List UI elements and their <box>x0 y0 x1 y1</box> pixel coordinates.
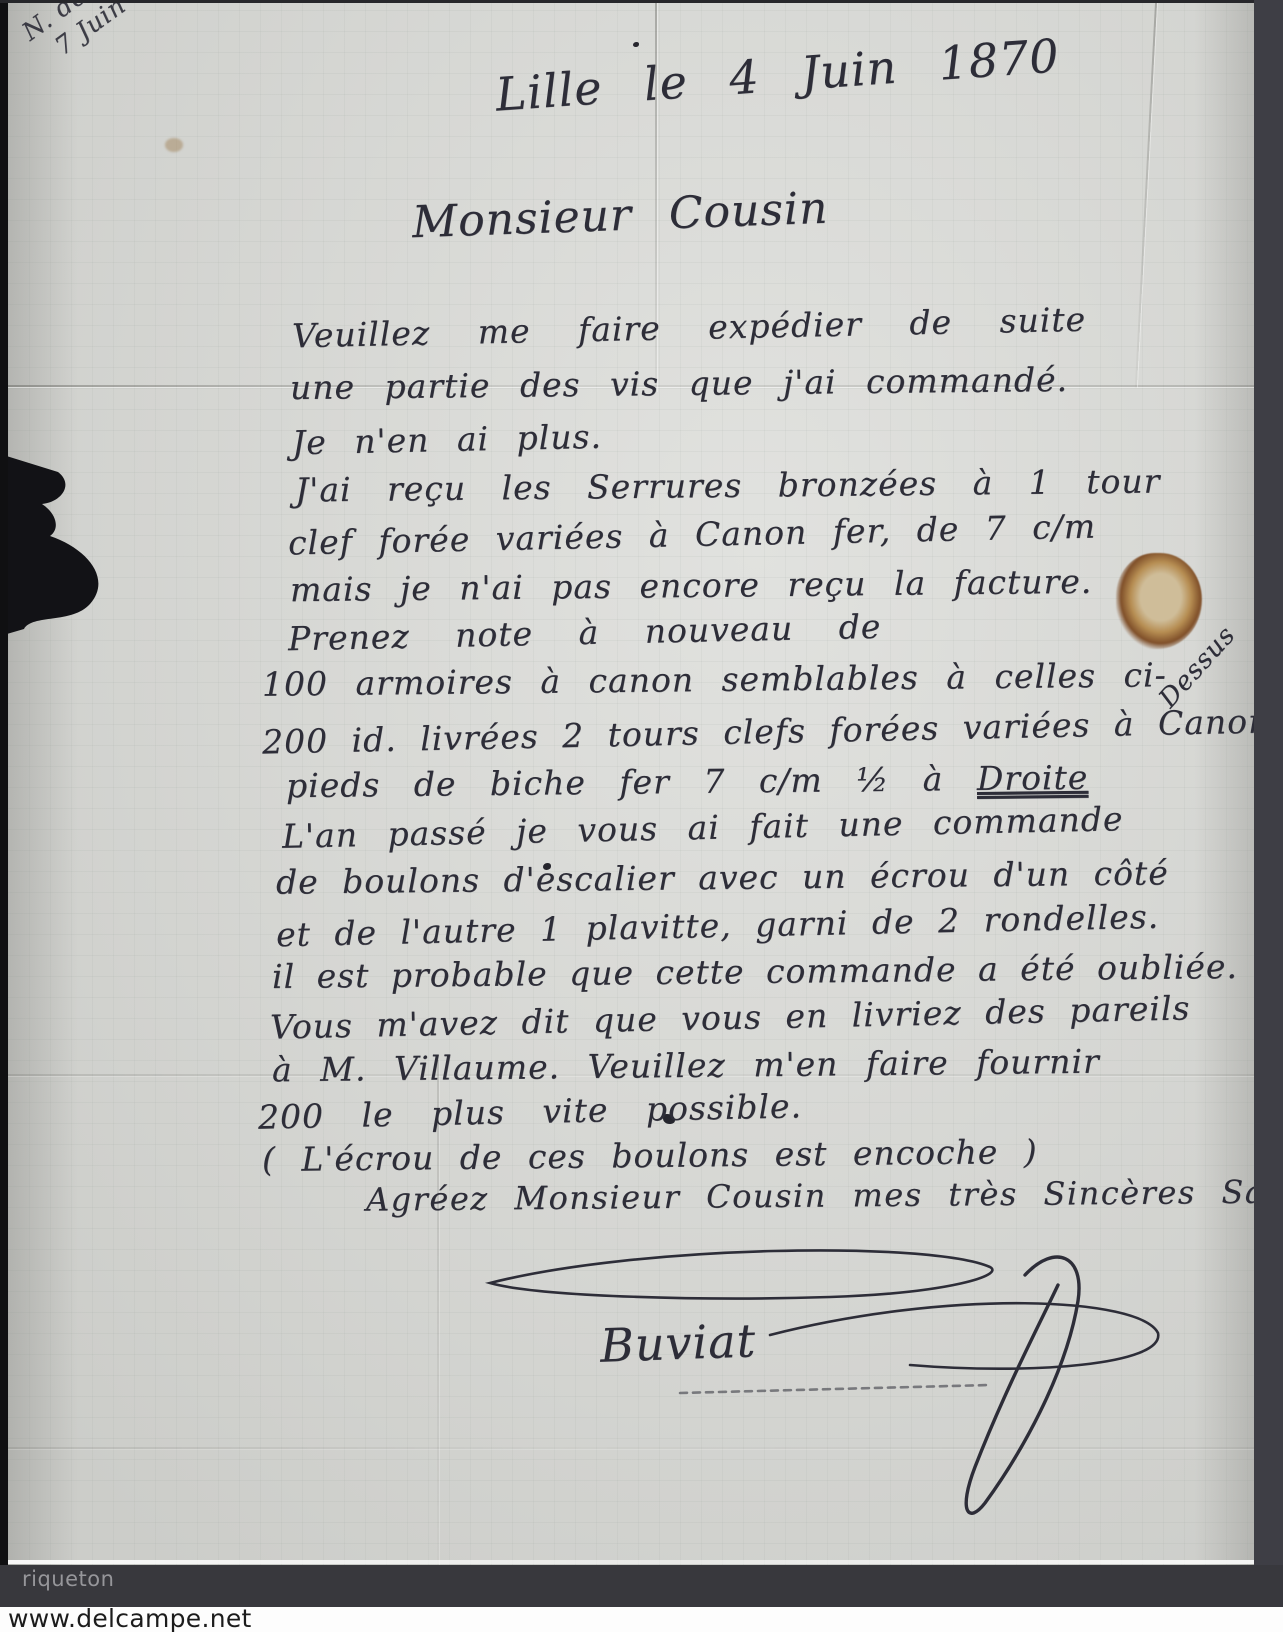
underlined-word: Droite <box>977 758 1089 798</box>
scanner-edge-top <box>0 0 1283 3</box>
handwriting-line: Je n'en ai plus. <box>292 417 603 462</box>
signature-flourish <box>430 1215 1230 1545</box>
seller-watermark: riqueton <box>22 1567 114 1591</box>
ink-blot <box>0 452 120 642</box>
scanner-band-bottom <box>0 1565 1283 1607</box>
handwriting-line: une partie des vis que j'ai commandé. <box>290 360 1068 407</box>
scanner-band-right <box>1254 0 1283 1567</box>
closing-line: Agréez Monsieur Cousin mes très Sincères… <box>366 1171 1283 1218</box>
scanned-letter-image: N. de Lille 7 Juin Lille le 4 Juin 1870 … <box>0 0 1283 1632</box>
delcampe-watermark: www.delcampe.net <box>8 1604 252 1632</box>
paper-bottom-edge <box>8 1560 1254 1564</box>
small-stain <box>165 138 183 152</box>
handwriting-line: ( L'écrou de ces boulons est encoche ) <box>262 1132 1038 1179</box>
signature-name: Buviat <box>599 1313 757 1372</box>
scanner-edge-left <box>0 0 8 1567</box>
